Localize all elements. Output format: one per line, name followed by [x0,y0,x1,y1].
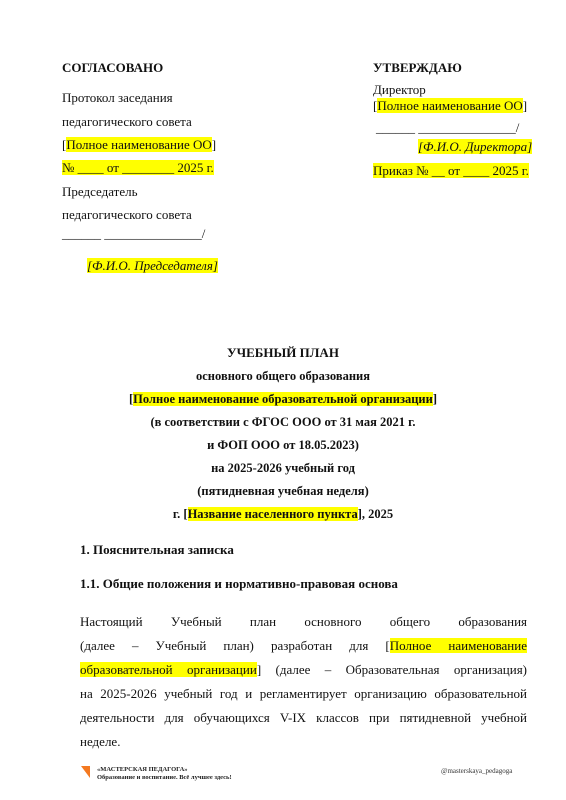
social-handle[interactable]: @masterskaya_pedagoga [441,767,512,775]
program-basis: и ФОП ООО от 18.05.2023) [0,438,566,453]
brand-name: «МАСТЕРСКАЯ ПЕДАГОГА» [97,766,232,774]
document-subtitle: основного общего образования [0,369,566,384]
protocol-number: № ____ от ________ 2025 г. [62,160,214,176]
director-label: Директор [373,82,426,98]
org-name-placeholder[interactable]: Полное наименование ОО [377,98,522,113]
paragraph-line: неделе. [80,730,527,754]
week-type: (пятидневная учебная неделя) [0,484,566,499]
paragraph-line: деятельности для обучающихся V-IX классо… [80,706,527,730]
standard-basis: (в соответствии с ФГОС ООО от 31 мая 202… [0,415,566,430]
order-number: Приказ № __ от ____ 2025 г. [373,163,529,179]
chair-label: Председатель [62,184,138,200]
paragraph-line: (далее – Учебный план) разработан для [П… [80,634,527,658]
chair-signature-line: ______ _______________/ [62,226,205,242]
city-year: г. [Название населенного пункта], 2025 [0,507,566,522]
title-org-name: [Полное наименование образовательной орг… [0,392,566,407]
director-name: [Ф.И.О. Директора] [418,139,532,155]
right-org-name: [Полное наименование ОО] [373,98,527,114]
approve-heading: УТВЕРЖДАЮ [373,60,462,76]
left-org-name: [Полное наименование ОО] [62,137,216,153]
section-heading-1-1: 1.1. Общие положения и нормативно-правов… [80,576,398,592]
council-label: педагогического совета [62,114,192,130]
org-name-placeholder[interactable]: Полное наименование ОО [66,137,211,152]
agreed-heading: СОГЛАСОВАНО [62,60,163,76]
chair-name: [Ф.И.О. Председателя] [87,258,218,274]
academic-year: на 2025-2026 учебный год [0,461,566,476]
chair-council-label: педагогического совета [62,207,192,223]
intro-paragraph: Настоящий Учебный план основного общего … [80,610,527,754]
paragraph-line: образовательной организации] (далее – Об… [80,658,527,682]
director-signature-line: ______ _______________/ [376,120,519,136]
paragraph-line: Настоящий Учебный план основного общего … [80,610,527,634]
protocol-label: Протокол заседания [62,90,173,106]
section-heading-1: 1. Пояснительная записка [80,542,234,558]
document-title: УЧЕБНЫЙ ПЛАН [0,345,566,361]
paragraph-line: на 2025-2026 учебный год и регламентируе… [80,682,527,706]
brand-logo-icon [81,766,90,778]
footer-brand: «МАСТЕРСКАЯ ПЕДАГОГА» Образование и восп… [97,766,232,782]
brand-tagline: Образование и воспитание. Всё лучшее зде… [97,774,232,782]
